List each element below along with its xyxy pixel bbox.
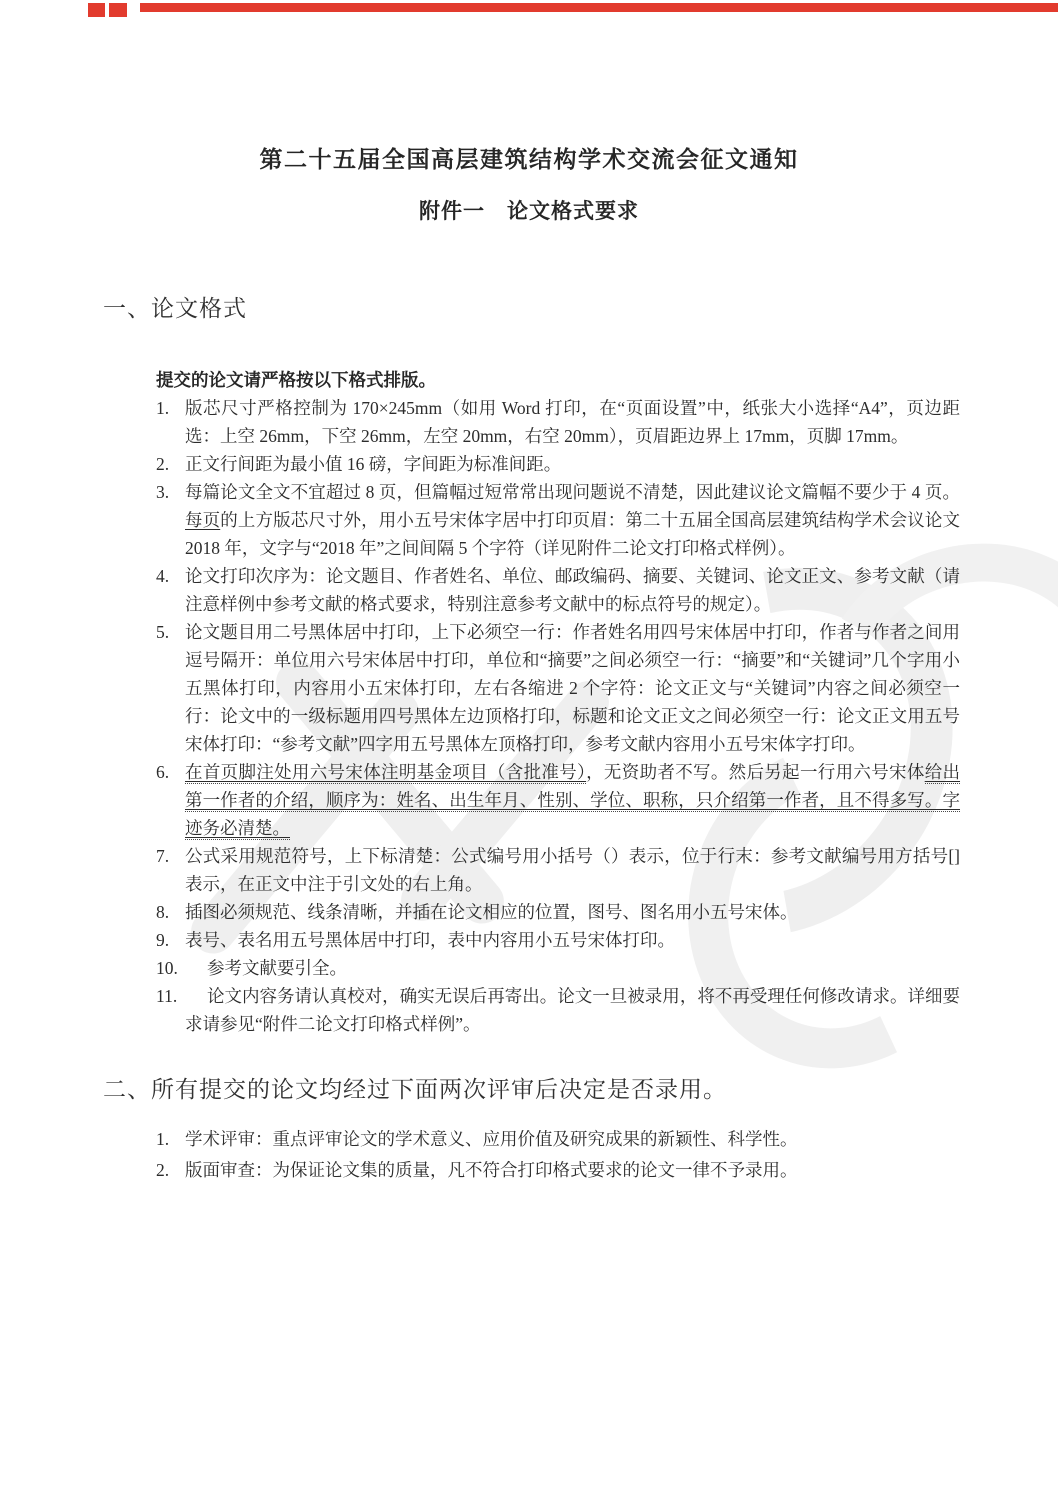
item-number: 4. (156, 562, 185, 618)
format-item-1: 1.版芯尺寸严格控制为 170×245mm（如用 Word 打印，在“页面设置”… (156, 394, 960, 450)
item-number: 9. (156, 926, 185, 954)
item-text: 学术评审：重点评审论文的学术意义、应用价值及研究成果的新颖性、科学性。 (185, 1124, 960, 1155)
item-number: 3. (156, 478, 185, 562)
format-item-5: 5.论文题目用二号黑体居中打印，上下必须空一行：作者姓名用四号宋体居中打印，作者… (156, 618, 960, 758)
item-text: 论文题目用二号黑体居中打印，上下必须空一行：作者姓名用四号宋体居中打印，作者与作… (185, 618, 960, 758)
format-requirements-list: 1.版芯尺寸严格控制为 170×245mm（如用 Word 打印，在“页面设置”… (156, 394, 960, 1038)
item-text: 参考文献要引全。 (185, 954, 960, 982)
item-text: 每篇论文全文不宜超过 8 页，但篇幅过短常常出现问题说不清楚，因此建议论文篇幅不… (185, 478, 960, 562)
item-number: 7. (156, 842, 185, 898)
item-number: 2. (156, 1155, 185, 1186)
item-text: 表号、表名用五号黑体居中打印，表中内容用小五号宋体打印。 (185, 926, 960, 954)
review-item-2: 2.版面审查：为保证论文集的质量，凡不符合打印格式要求的论文一律不予录用。 (156, 1155, 960, 1186)
item-text: 插图必须规范、线条清晰，并插在论文相应的位置，图号、图名用小五号宋体。 (185, 898, 960, 926)
document-content: 第二十五届全国高层建筑结构学术交流会征文通知 附件一 论文格式要求 一、论文格式… (0, 0, 1058, 1186)
format-item-6: 6.在首页脚注处用六号宋体注明基金项目（含批准号），无资助者不写。然后另起一行用… (156, 758, 960, 842)
format-item-9: 9.表号、表名用五号黑体居中打印，表中内容用小五号宋体打印。 (156, 926, 960, 954)
item-number: 5. (156, 618, 185, 758)
section1-heading: 一、论文格式 (103, 295, 1058, 323)
format-item-4: 4.论文打印次序为：论文题目、作者姓名、单位、邮政编码、摘要、关键词、论文正文、… (156, 562, 960, 618)
item-number: 11. (156, 982, 185, 1038)
item-number: 8. (156, 898, 185, 926)
item-text: 在首页脚注处用六号宋体注明基金项目（含批准号），无资助者不写。然后另起一行用六号… (185, 758, 960, 842)
page-title: 第二十五届全国高层建筑结构学术交流会征文通知 (0, 0, 1058, 173)
item-number: 1. (156, 394, 185, 450)
item-text: 版芯尺寸严格控制为 170×245mm（如用 Word 打印，在“页面设置”中，… (185, 394, 960, 450)
item-number: 1. (156, 1124, 185, 1155)
section2-heading: 二、所有提交的论文均经过下面两次评审后决定是否录用。 (103, 1076, 1058, 1104)
format-item-10: 10.参考文献要引全。 (156, 954, 960, 982)
item-number: 10. (156, 954, 185, 982)
review-process-list: 1.学术评审：重点评审论文的学术意义、应用价值及研究成果的新颖性、科学性。2.版… (156, 1124, 960, 1186)
format-item-8: 8.插图必须规范、线条清晰，并插在论文相应的位置，图号、图名用小五号宋体。 (156, 898, 960, 926)
page-subtitle: 附件一 论文格式要求 (0, 199, 1058, 225)
format-item-3: 3.每篇论文全文不宜超过 8 页，但篇幅过短常常出现问题说不清楚，因此建议论文篇… (156, 478, 960, 562)
format-item-2: 2.正文行间距为最小值 16 磅，字间距为标准间距。 (156, 450, 960, 478)
item-number: 2. (156, 450, 185, 478)
item-text: 版面审查：为保证论文集的质量，凡不符合打印格式要求的论文一律不予录用。 (185, 1155, 960, 1186)
format-item-11: 11.论文内容务请认真校对，确实无误后再寄出。论文一旦被录用，将不再受理任何修改… (156, 982, 960, 1038)
item-text: 正文行间距为最小值 16 磅，字间距为标准间距。 (185, 450, 960, 478)
format-intro: 提交的论文请严格按以下格式排版。 (156, 369, 1058, 391)
document-page: 第二十五届全国高层建筑结构学术交流会征文通知 附件一 论文格式要求 一、论文格式… (0, 0, 1058, 1496)
item-text: 公式采用规范符号，上下标清楚：公式编号用小括号（）表示，位于行末：参考文献编号用… (185, 842, 960, 898)
item-number: 6. (156, 758, 185, 842)
item-text: 论文打印次序为：论文题目、作者姓名、单位、邮政编码、摘要、关键词、论文正文、参考… (185, 562, 960, 618)
item-text: 论文内容务请认真校对，确实无误后再寄出。论文一旦被录用，将不再受理任何修改请求。… (185, 982, 960, 1038)
review-item-1: 1.学术评审：重点评审论文的学术意义、应用价值及研究成果的新颖性、科学性。 (156, 1124, 960, 1155)
format-item-7: 7.公式采用规范符号，上下标清楚：公式编号用小括号（）表示，位于行末：参考文献编… (156, 842, 960, 898)
